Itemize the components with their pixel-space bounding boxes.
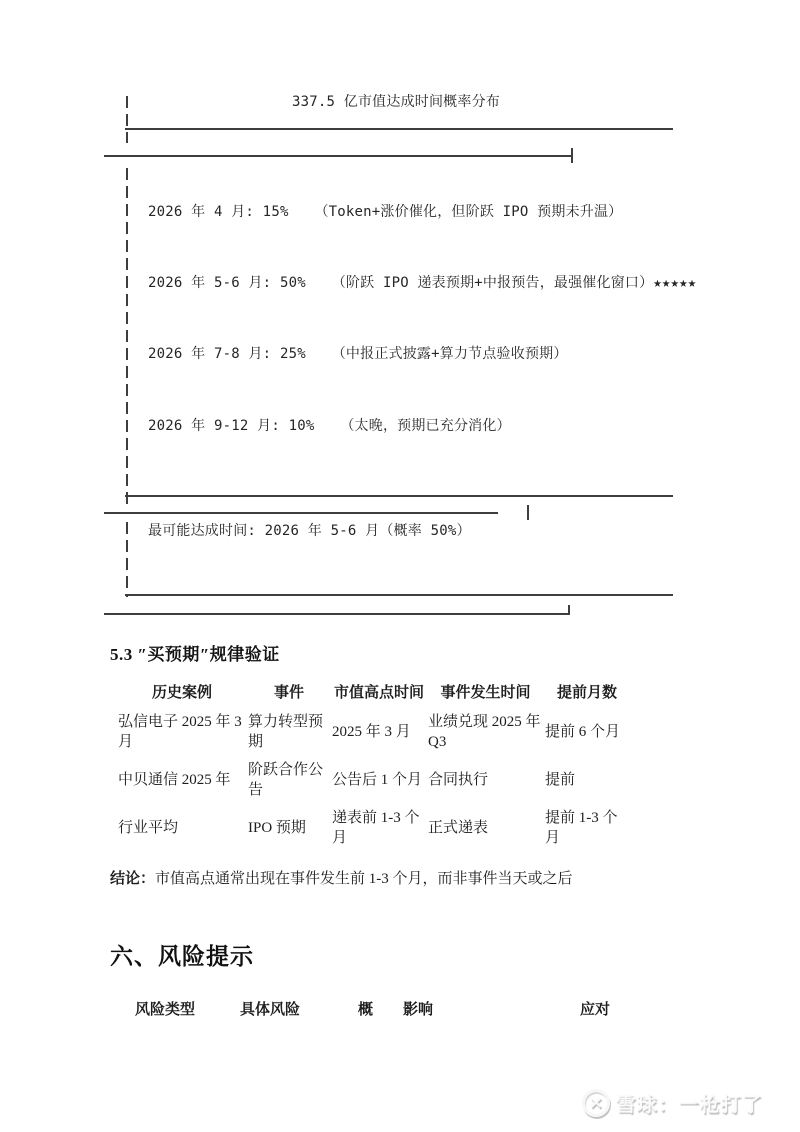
case-table: 历史案例 事件 市值高点时间 事件发生时间 提前月数 弘信电子 2025 年 3… — [118, 684, 631, 852]
box-border-bottom-corner — [568, 605, 570, 615]
box-border-left-top — [126, 96, 128, 143]
box-border-bottom-line2 — [104, 613, 570, 615]
box-border-bottom-line1 — [125, 594, 673, 596]
cell-peak: 2025 年 3 月 — [332, 708, 428, 756]
box-line-julaug: 2026 年 7-8 月: 25% （中报正式披露+算力节点验收预期） — [148, 346, 568, 362]
section-53-heading: 5.3 ″买预期″规律验证 — [110, 640, 280, 665]
table-row: 行业平均 IPO 预期 递表前 1-3 个月 正式递表 提前 1-3 个月 — [118, 804, 631, 852]
conclusion-label: 结论： — [110, 871, 155, 887]
box-divider-mid-line1 — [125, 495, 673, 497]
cell-event: 算力转型预期 — [248, 708, 332, 756]
risk-col-prob: 概 — [358, 998, 373, 1019]
box-divider-top-line2 — [104, 155, 573, 157]
box-title: 337.5 亿市值达成时间概率分布 — [292, 94, 500, 110]
box-divider-top-endtick — [571, 148, 573, 163]
cell-lead: 提前 6 个月 — [545, 708, 631, 756]
col-header-event: 事件 — [248, 684, 332, 708]
cell-time: 正式递表 — [428, 804, 545, 852]
box-divider-mid-line2 — [104, 512, 498, 514]
cell-case: 行业平均 — [118, 804, 248, 852]
box-divider-top-line1 — [125, 128, 673, 130]
risk-col-type: 风险类型 — [135, 998, 195, 1019]
box-border-left-middle — [126, 168, 128, 506]
cell-peak: 递表前 1-3 个月 — [332, 804, 428, 852]
box-line-mayjun: 2026 年 5-6 月: 50% （阶跃 IPO 递表预期+中报预告，最强催化… — [148, 275, 696, 291]
box-line-apr: 2026 年 4 月: 15% （Token+涨价催化，但阶跃 IPO 预期未升… — [148, 204, 622, 220]
cell-time: 合同执行 — [428, 756, 545, 804]
cell-peak: 公告后 1 个月 — [332, 756, 428, 804]
cell-time: 业绩兑现 2025 年 Q3 — [428, 708, 545, 756]
risk-col-detail: 具体风险 — [240, 998, 300, 1019]
table-row: 弘信电子 2025 年 3 月 算力转型预期 2025 年 3 月 业绩兑现 2… — [118, 708, 631, 756]
col-header-cap-peak: 市值高点时间 — [332, 684, 428, 708]
conclusion-paragraph: 结论：市值高点通常出现在事件发生前 1-3 个月，而非事件当天或之后 — [110, 869, 710, 889]
conclusion-text: 市值高点通常出现在事件发生前 1-3 个月，而非事件当天或之后 — [155, 871, 573, 887]
xueqiu-logo-icon: × — [582, 1089, 610, 1117]
section-6-heading: 六、风险提示 — [110, 938, 254, 971]
cell-lead: 提前 — [545, 756, 631, 804]
box-border-left-bottom — [126, 522, 128, 597]
xueqiu-watermark: × 雪球：一枪打了 — [582, 1088, 763, 1117]
cell-lead: 提前 1-3 个月 — [545, 804, 631, 852]
box-summary: 最可能达成时间: 2026 年 5-6 月（概率 50%） — [148, 523, 471, 539]
risk-col-response: 应对 — [580, 998, 610, 1019]
risk-col-impact: 影响 — [403, 998, 433, 1019]
document-page: 337.5 亿市值达成时间概率分布 2026 年 4 月: 15% （Token… — [0, 0, 800, 1132]
watermark-text: 雪球：一枪打了 — [616, 1088, 763, 1117]
cell-event: 阶跃合作公告 — [248, 756, 332, 804]
cell-case: 中贝通信 2025 年 — [118, 756, 248, 804]
col-header-history: 历史案例 — [118, 684, 248, 708]
table-row: 中贝通信 2025 年 阶跃合作公告 公告后 1 个月 合同执行 提前 — [118, 756, 631, 804]
box-line-sepdec: 2026 年 9-12 月: 10% （太晚，预期已充分消化） — [148, 418, 511, 434]
col-header-event-time: 事件发生时间 — [428, 684, 545, 708]
box-divider-mid-endtick — [527, 505, 529, 520]
case-table-header-row: 历史案例 事件 市值高点时间 事件发生时间 提前月数 — [118, 684, 631, 708]
col-header-lead-months: 提前月数 — [545, 684, 631, 708]
xueqiu-x-glyph: × — [588, 1094, 603, 1112]
cell-event: IPO 预期 — [248, 804, 332, 852]
cell-case: 弘信电子 2025 年 3 月 — [118, 708, 248, 756]
